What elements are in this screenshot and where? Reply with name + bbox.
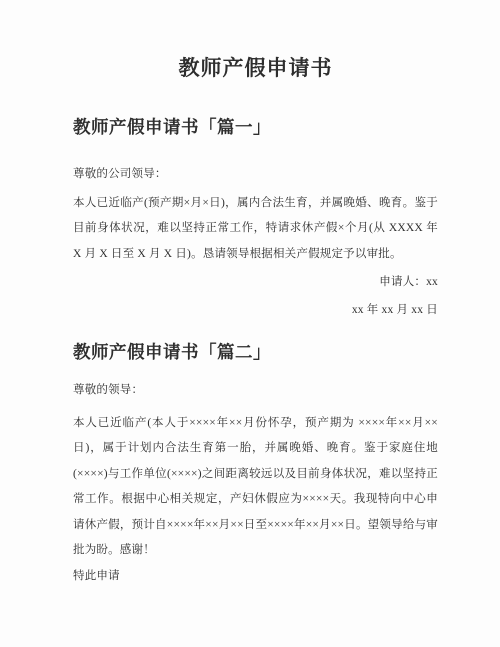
section-two-closing: 特此申请 (73, 564, 438, 590)
section-one-body-paragraph: 本人已近临产(预产期×月×日)，属内合法生育，并属晚婚、晚育。鉴于目前身体状况，… (73, 191, 438, 268)
section-one-signature-date: xx 年 xx 月 xx 日 (73, 298, 438, 324)
section-one: 教师产假申请书「篇一」 尊敬的公司领导： 本人已近临产(预产期×月×日)，属内合… (73, 114, 438, 323)
section-one-signature-applicant: 申请人：xx (73, 270, 438, 296)
section-one-heading: 教师产假申请书「篇一」 (73, 114, 438, 140)
section-two-salutation: 尊敬的领导： (73, 378, 438, 404)
document-title: 教师产假申请书 (73, 52, 438, 84)
section-one-salutation: 尊敬的公司领导： (73, 162, 438, 188)
section-two: 教师产假申请书「篇二」 尊敬的领导： 本人已近临产(本人于××××年××月份怀孕… (73, 339, 438, 589)
document-page: 教师产假申请书 教师产假申请书「篇一」 尊敬的公司领导： 本人已近临产(预产期×… (0, 0, 500, 647)
section-two-body-paragraph: 本人已近临产(本人于××××年××月份怀孕，预产期为 ××××年××月××日)，… (73, 411, 438, 564)
section-two-heading: 教师产假申请书「篇二」 (73, 339, 438, 365)
